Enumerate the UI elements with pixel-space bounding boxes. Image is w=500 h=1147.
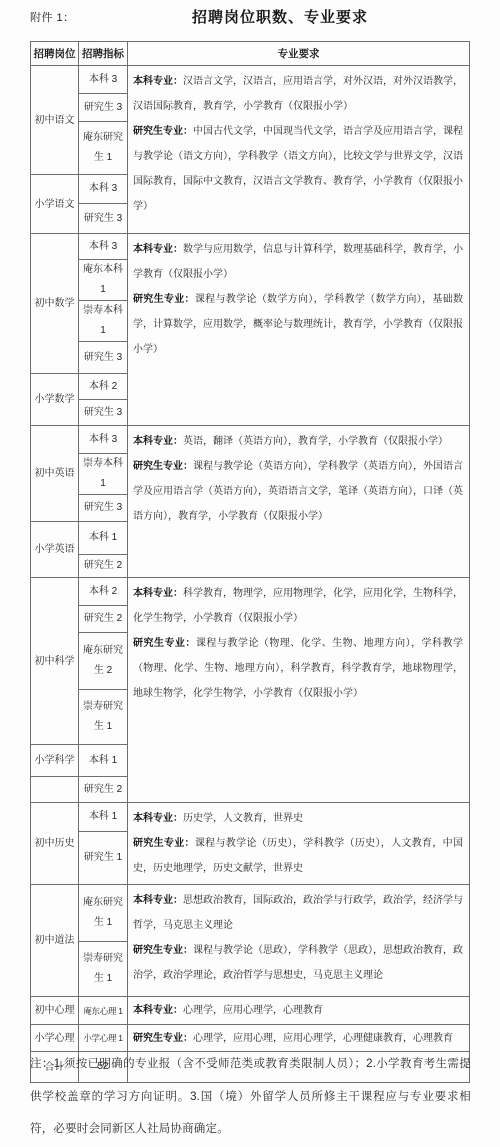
requirement-para: 本科专业：心理学，应用心理学，心理教育 bbox=[133, 1004, 463, 1017]
quota-cell: 本科 2 bbox=[79, 578, 128, 606]
requirement-para: 本科专业：英语，翻译（英语方向），教育学，小学教育（仅限报小学） bbox=[133, 429, 463, 454]
table-row: 初中道法 庵东研究生 1 本科专业：思想政治教育，国际政治，政治学与行政学，政治… bbox=[31, 885, 470, 942]
requirement-para: 本科专业：思想政治教育，国际政治，政治学与行政学，政治学，经济学与哲学，马克思主… bbox=[133, 888, 463, 938]
quota-cell: 庵东本科 1 bbox=[79, 260, 128, 301]
page-title: 招聘岗位职数、专业要求 bbox=[60, 6, 500, 27]
position-cell-chuzhong-yuwen: 初中语文 bbox=[31, 66, 79, 175]
quota-cell: 崇寿本科 1 bbox=[79, 301, 128, 342]
requirement-para: 本科专业：数学与应用数学，信息与计算科学，数理基础科学，教育学，小学教育（仅限报… bbox=[133, 237, 463, 287]
requirement-lead: 本科专业： bbox=[133, 436, 183, 447]
quota-cell: 崇寿本科 1 bbox=[79, 454, 128, 495]
quota-cell: 研究生 3 bbox=[79, 94, 128, 122]
requirements-cell-yingyu: 本科专业：英语，翻译（英语方向），教育学，小学教育（仅限报小学） 研究生专业：课… bbox=[128, 426, 470, 578]
table-header-row: 招聘岗位 招聘指标 专业要求 bbox=[31, 42, 470, 66]
header-quota: 招聘指标 bbox=[79, 42, 128, 66]
position-cell-chuzhong-lishi: 初中历史 bbox=[31, 803, 79, 885]
quota-cell: 研究生 3 bbox=[79, 204, 128, 234]
requirement-lead: 研究生专业： bbox=[133, 294, 195, 305]
position-cell-xiaoxue-yuwen: 小学语文 bbox=[31, 175, 79, 234]
quota-cell: 庵东研究生 1 bbox=[79, 122, 128, 175]
requirements-cell-chuzhong-xinli: 本科专业：心理学，应用心理学，心理教育 bbox=[128, 997, 470, 1025]
position-cell-xiaoxue-shuxue: 小学数学 bbox=[31, 374, 79, 426]
position-cell-chuzhong-xinli: 初中心理 bbox=[31, 997, 79, 1025]
quota-cell: 研究生 2 bbox=[79, 777, 128, 803]
quota-cell: 庵东心理 1 bbox=[79, 997, 128, 1025]
requirement-para: 研究生专业：课程与教学论（英语方向），学科教学（英语方向），外国语言学及应用语言… bbox=[133, 454, 463, 529]
requirement-lead: 本科专业： bbox=[133, 813, 183, 824]
requirement-para: 研究生专业：中国古代文学，中国现当代文学，语言学及应用语言学，课程与教学论（语文… bbox=[133, 119, 463, 219]
quota-cell: 本科 3 bbox=[79, 66, 128, 94]
requirement-lead: 研究生专业： bbox=[133, 461, 193, 472]
requirement-lead: 研究生专业： bbox=[133, 945, 193, 956]
quota-cell: 本科 2 bbox=[79, 374, 128, 400]
requirement-para: 本科专业：历史学，人文教育，世界史 bbox=[133, 806, 463, 831]
position-cell-empty bbox=[31, 777, 79, 803]
quota-cell: 本科 3 bbox=[79, 234, 128, 260]
requirement-text: 英语，翻译（英语方向），教育学，小学教育（仅限报小学） bbox=[183, 436, 448, 447]
requirement-para: 研究生专业：课程与教学论（历史），学科教学（历史），人文教育，中国史，历史地理学… bbox=[133, 831, 463, 881]
notes-text: 注：1.须按已明确的专业报（含不受师范类或教育类限制人员）；2.小学教育考生需提… bbox=[30, 1048, 471, 1146]
quota-cell: 研究生 2 bbox=[79, 606, 128, 633]
quota-cell: 庵东研究生 1 bbox=[79, 885, 128, 942]
quota-cell: 本科 1 bbox=[79, 745, 128, 777]
position-cell-xiaoxue-kexue: 小学科学 bbox=[31, 745, 79, 777]
requirement-para: 本科专业：汉语言文学，汉语言，应用语言学，对外汉语，对外汉语教学，汉语国际教育，… bbox=[133, 69, 463, 119]
header-requirements: 专业要求 bbox=[128, 42, 470, 66]
requirement-lead: 本科专业： bbox=[133, 76, 183, 87]
requirement-lead: 研究生专业： bbox=[133, 638, 196, 649]
quota-cell: 本科 1 bbox=[79, 522, 128, 555]
table-row: 初中数学 本科 3 本科专业：数学与应用数学，信息与计算科学，数理基础科学，教育… bbox=[31, 234, 470, 260]
requirement-text: 心理学，应用心理，应用心理学，心理健康教育，心理教育 bbox=[193, 1033, 453, 1044]
quota-cell: 本科 1 bbox=[79, 803, 128, 832]
quota-cell: 研究生 3 bbox=[79, 342, 128, 374]
requirement-text: 汉语言文学，汉语言，应用语言学，对外汉语，对外汉语教学，汉语国际教育，教育学，小… bbox=[133, 76, 463, 112]
position-cell-chuzhong-kexue: 初中科学 bbox=[31, 578, 79, 745]
table-row: 初中科学 本科 2 本科专业：科学教育，物理学，应用物理学，化学，应用化学，生物… bbox=[31, 578, 470, 606]
requirement-text: 中国古代文学，中国现当代文学，语言学及应用语言学，课程与教学论（语文方向），学科… bbox=[133, 126, 463, 212]
quota-cell: 研究生 2 bbox=[79, 555, 128, 578]
requirement-lead: 本科专业： bbox=[133, 895, 183, 906]
table-row: 初中语文 本科 3 本科专业：汉语言文学，汉语言，应用语言学，对外汉语，对外汉语… bbox=[31, 66, 470, 94]
recruitment-table: 招聘岗位 招聘指标 专业要求 初中语文 本科 3 本科专业：汉语言文学，汉语言，… bbox=[30, 41, 470, 1083]
requirement-lead: 本科专业： bbox=[133, 244, 183, 255]
requirement-lead: 研究生专业： bbox=[133, 126, 193, 137]
document-page: 附件 1： 招聘岗位职数、专业要求 招聘岗位 招聘指标 专业要求 初中语文 本科… bbox=[0, 0, 500, 1147]
quota-cell: 研究生 3 bbox=[79, 495, 128, 522]
table-row: 初中心理 庵东心理 1 本科专业：心理学，应用心理学，心理教育 bbox=[31, 997, 470, 1025]
quota-cell: 庵东研究生 2 bbox=[79, 633, 128, 690]
requirement-para: 研究生专业：课程与教学论（数学方向），学科教学（数学方向），基础数学，计算数学，… bbox=[133, 287, 463, 362]
requirement-para: 研究生专业：心理学，应用心理，应用心理学，心理健康教育，心理教育 bbox=[133, 1032, 463, 1045]
requirement-para: 研究生专业：课程与教学论（物理、化学、生物、地理方向），学科教学（物理、化学、生… bbox=[133, 631, 463, 706]
position-cell-chuzhong-shuxue: 初中数学 bbox=[31, 234, 79, 374]
header-position: 招聘岗位 bbox=[31, 42, 79, 66]
requirements-cell-shuxue: 本科专业：数学与应用数学，信息与计算科学，数理基础科学，教育学，小学教育（仅限报… bbox=[128, 234, 470, 426]
requirements-cell-yuwen: 本科专业：汉语言文学，汉语言，应用语言学，对外汉语，对外汉语教学，汉语国际教育，… bbox=[128, 66, 470, 234]
requirement-para: 研究生专业：课程与教学论（思政），学科教学（思政），思想政治教育，政治学，政治学… bbox=[133, 938, 463, 988]
requirement-text: 心理学，应用心理学，心理教育 bbox=[183, 1005, 323, 1016]
requirements-cell-lishi: 本科专业：历史学，人文教育，世界史 研究生专业：课程与教学论（历史），学科教学（… bbox=[128, 803, 470, 885]
requirement-text: 历史学，人文教育，世界史 bbox=[183, 813, 303, 824]
quota-cell: 研究生 3 bbox=[79, 400, 128, 426]
quota-cell: 崇寿研究生 1 bbox=[79, 942, 128, 997]
table-row: 初中英语 本科 3 本科专业：英语，翻译（英语方向），教育学，小学教育（仅限报小… bbox=[31, 426, 470, 454]
requirement-lead: 本科专业： bbox=[133, 588, 183, 599]
position-cell-chuzhong-daofa: 初中道法 bbox=[31, 885, 79, 997]
requirement-lead: 本科专业： bbox=[133, 1005, 183, 1016]
quota-cell: 本科 3 bbox=[79, 426, 128, 454]
table-row: 初中历史 本科 1 本科专业：历史学，人文教育，世界史 研究生专业：课程与教学论… bbox=[31, 803, 470, 832]
requirement-text: 科学教育，物理学，应用物理学，化学，应用化学，生物科学，化学生物学，小学教育（仅… bbox=[133, 588, 463, 624]
position-cell-xiaoxue-yingyu: 小学英语 bbox=[31, 522, 79, 578]
requirement-text: 思想政治教育，国际政治，政治学与行政学，政治学，经济学与哲学，马克思主义理论 bbox=[133, 895, 463, 931]
position-cell-chuzhong-yingyu: 初中英语 bbox=[31, 426, 79, 522]
requirements-cell-kexue: 本科专业：科学教育，物理学，应用物理学，化学，应用化学，生物科学，化学生物学，小… bbox=[128, 578, 470, 803]
requirement-lead: 研究生专业： bbox=[133, 1033, 193, 1044]
quota-cell: 研究生 1 bbox=[79, 832, 128, 885]
requirement-text: 数学与应用数学，信息与计算科学，数理基础科学，教育学，小学教育（仅限报小学） bbox=[133, 244, 463, 280]
requirement-para: 本科专业：科学教育，物理学，应用物理学，化学，应用化学，生物科学，化学生物学，小… bbox=[133, 581, 463, 631]
quota-cell: 本科 3 bbox=[79, 175, 128, 204]
requirement-lead: 研究生专业： bbox=[133, 838, 195, 849]
requirements-cell-daofa: 本科专业：思想政治教育，国际政治，政治学与行政学，政治学，经济学与哲学，马克思主… bbox=[128, 885, 470, 997]
quota-cell: 崇寿研究生 1 bbox=[79, 690, 128, 745]
